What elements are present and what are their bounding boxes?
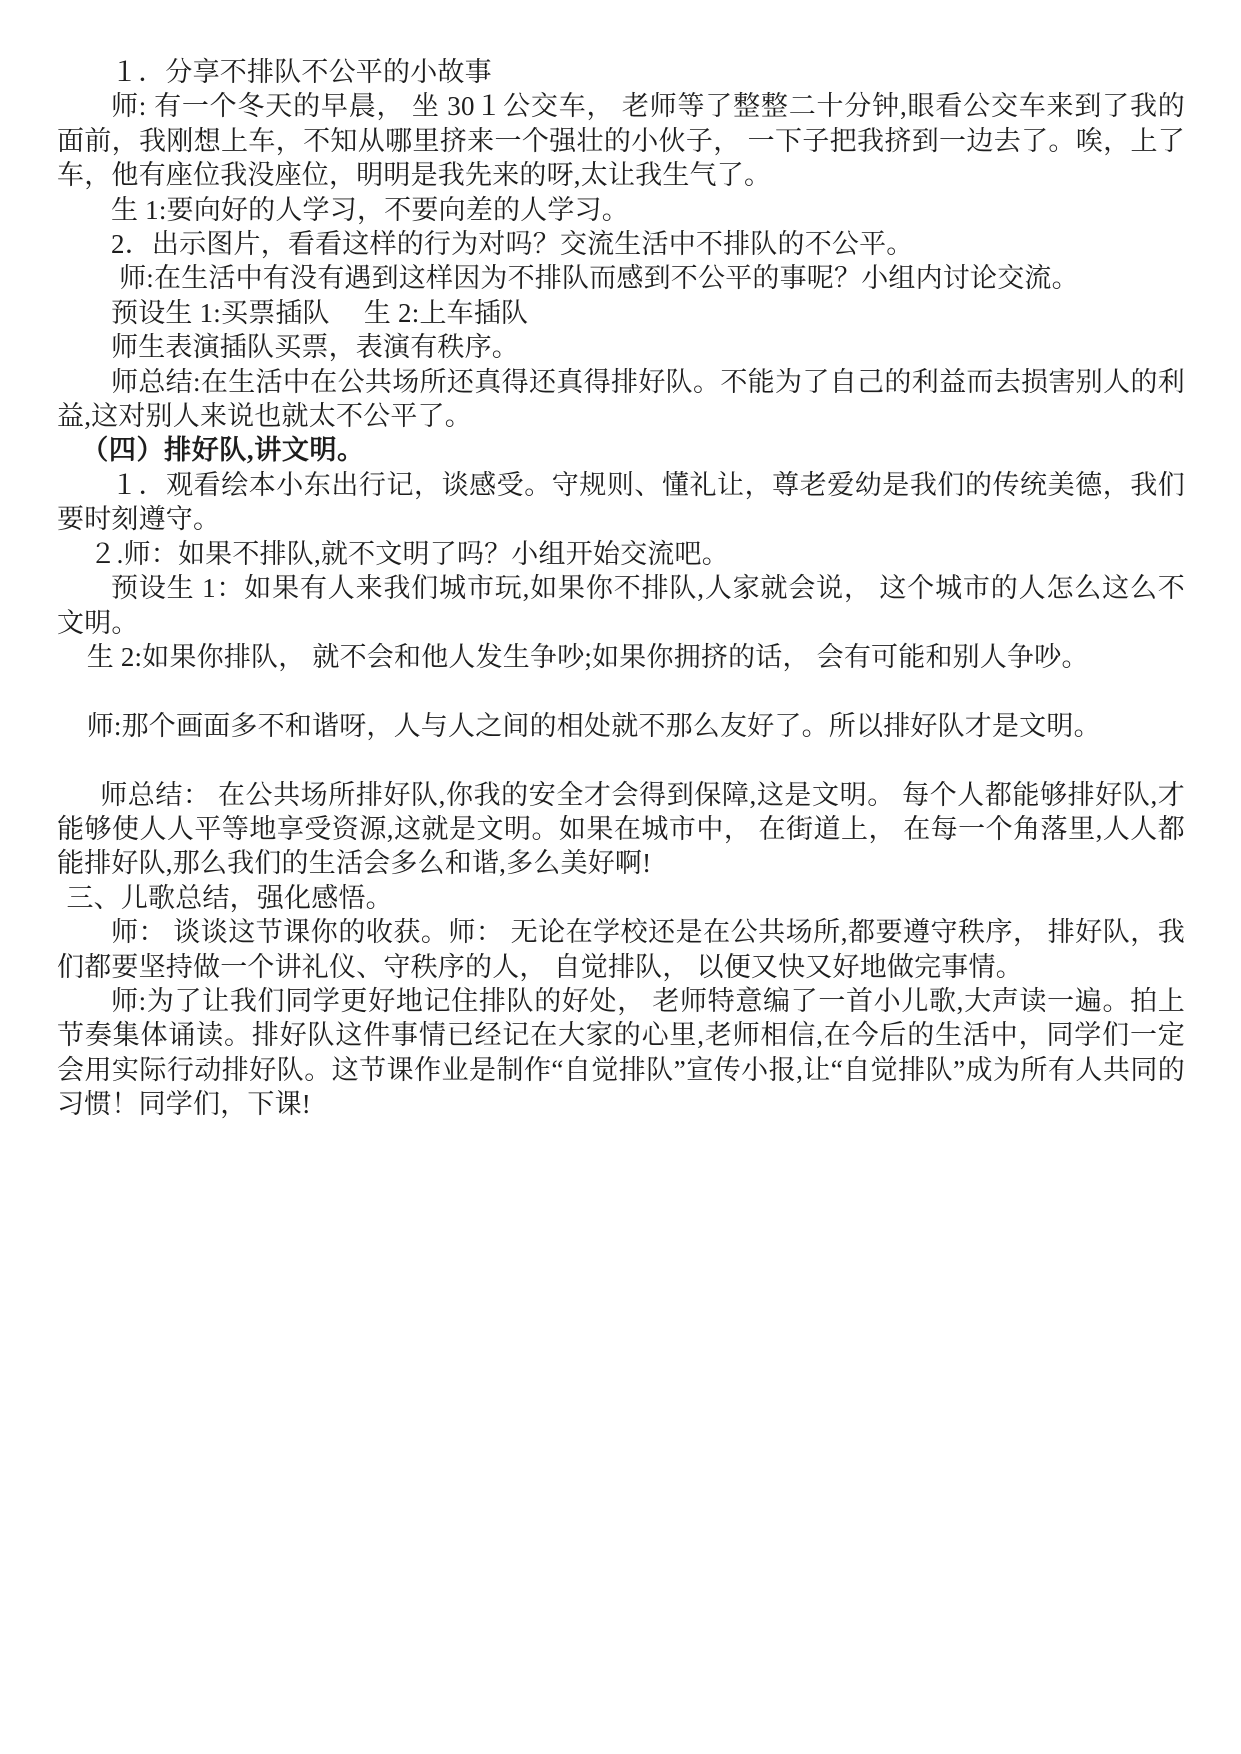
paragraph: 师： 谈谈这节课你的收获。师： 无论在学校还是在公共场所,都要遵守秩序， 排好队… [57, 915, 1185, 984]
document-page: １．分享不排队不公平的小故事师: 有一个冬天的早晨， 坐 30１公交车， 老师等… [0, 0, 1241, 1754]
paragraph: 师:那个画面多不和谐呀，人与人之间的相处就不那么友好了。所以排好队才是文明。 [57, 709, 1185, 743]
paragraph: 师总结:在生活中在公共场所还真得还真得排好队。不能为了自己的利益而去损害别人的利… [57, 365, 1185, 434]
blank-line [57, 674, 1185, 708]
paragraph: 师生表演插队买票，表演有秩序。 [57, 330, 1185, 364]
paragraph: 师:为了让我们同学更好地记住排队的好处， 老师特意编了一首小儿歌,大声读一遍。拍… [57, 984, 1185, 1122]
document-body: １．分享不排队不公平的小故事师: 有一个冬天的早晨， 坐 30１公交车， 老师等… [0, 0, 1241, 1122]
paragraph: 生 2:如果你排队， 就不会和他人发生争吵;如果你拥挤的话， 会有可能和别人争吵… [57, 640, 1185, 674]
paragraph: １．观看绘本小东出行记，谈感受。守规则、懂礼让，尊老爱幼是我们的传统美德，我们要… [57, 468, 1185, 537]
paragraph: ２.师：如果不排队,就不文明了吗？小组开始交流吧。 [57, 537, 1185, 571]
paragraph: １．分享不排队不公平的小故事 [57, 55, 1185, 89]
paragraph: 预设生 1:买票插队 生 2:上车插队 [57, 296, 1185, 330]
paragraph: 师总结： 在公共场所排好队,你我的安全才会得到保障,这是文明。 每个人都能够排好… [57, 778, 1185, 881]
paragraph: 三、儿歌总结，强化感悟。 [57, 881, 1185, 915]
paragraph: （四）排好队,讲文明。 [57, 433, 1185, 467]
blank-line [57, 743, 1185, 777]
paragraph: 生 1:要向好的人学习，不要向差的人学习。 [57, 193, 1185, 227]
paragraph: 师:在生活中有没有遇到这样因为不排队而感到不公平的事呢？小组内讨论交流。 [57, 261, 1185, 295]
paragraph: 师: 有一个冬天的早晨， 坐 30１公交车， 老师等了整整二十分钟,眼看公交车来… [57, 89, 1185, 192]
paragraph: 预设生 1：如果有人来我们城市玩,如果你不排队,人家就会说， 这个城市的人怎么这… [57, 571, 1185, 640]
paragraph: 2．出示图片，看看这样的行为对吗？交流生活中不排队的不公平。 [57, 227, 1185, 261]
